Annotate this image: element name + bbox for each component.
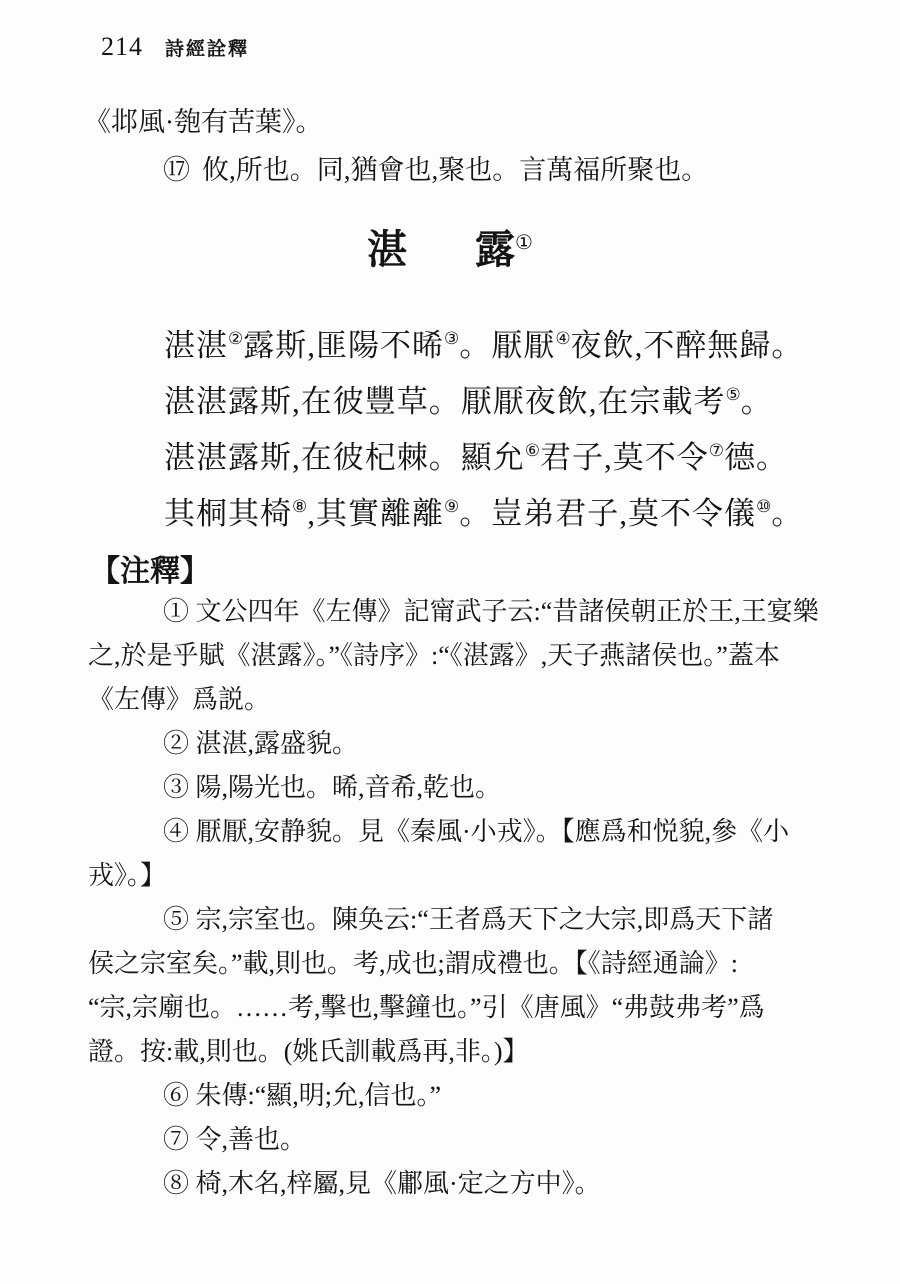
note-line: ⑤ 宗,宗室也。陳奂云:“王者爲天下之大宗,即爲天下諸 bbox=[88, 898, 818, 942]
poem-text-segment: 。 bbox=[771, 496, 803, 531]
poem-line: 湛湛露斯,在彼豐草。厭厭夜飲,在宗載考⑤。 bbox=[164, 370, 803, 426]
note-line: ② 湛湛,露盛貌。 bbox=[88, 722, 818, 766]
note-line: ⑦ 令,善也。 bbox=[88, 1118, 818, 1162]
poem-text-segment: 。厭厭 bbox=[459, 328, 555, 363]
note-17-marker: ⑰ bbox=[163, 155, 190, 185]
note-line: “宗,宗廟也。……考,擊也,擊鐘也。”引《唐風》“弗鼓弗考”爲 bbox=[88, 986, 818, 1030]
page-header: 214 詩經詮釋 bbox=[101, 32, 249, 62]
note-item: ② 湛湛,露盛貌。 bbox=[88, 722, 818, 766]
previous-note-17: ⑰攸,所也。同,猶會也,聚也。言萬福所聚也。 bbox=[163, 148, 708, 187]
poem-text-segment: 。 bbox=[741, 384, 773, 419]
note-line: 侯之宗室矣。”載,則也。考,成也;謂成禮也。【《詩經通論》: bbox=[88, 942, 818, 986]
poem-text-segment: 湛湛露斯,在彼豐草。厭厭夜飲,在宗載考 bbox=[164, 384, 726, 419]
note-line: 證。按:載,則也。(姚氏訓載爲再,非。)】 bbox=[88, 1030, 818, 1074]
poem-note-ref: ⑤ bbox=[726, 385, 741, 404]
note-item: ⑤ 宗,宗室也。陳奂云:“王者爲天下之大宗,即爲天下諸侯之宗室矣。”載,則也。考… bbox=[88, 898, 818, 1074]
book-page: 214 詩經詮釋 《邶風·匏有苦葉》。 ⑰攸,所也。同,猶會也,聚也。言萬福所聚… bbox=[0, 0, 900, 1284]
poem-text-segment: 露斯,匪陽不晞 bbox=[243, 328, 444, 363]
poem-line: 其桐其椅⑧,其實離離⑨。豈弟君子,莫不令儀⑩。 bbox=[164, 482, 803, 538]
poem-text-segment: 君子,莫不令 bbox=[540, 440, 709, 475]
poem-line: 湛湛②露斯,匪陽不晞③。厭厭④夜飲,不醉無歸。 bbox=[164, 314, 803, 370]
poem-note-ref: ⑥ bbox=[525, 441, 540, 460]
poem-title-note-ref: ① bbox=[515, 232, 533, 254]
notes-list: ① 文公四年《左傳》記甯武子云:“昔諸侯朝正於王,王宴樂之,於是乎賦《湛露》。”… bbox=[88, 590, 818, 1206]
poem-lines: 湛湛②露斯,匪陽不晞③。厭厭④夜飲,不醉無歸。湛湛露斯,在彼豐草。厭厭夜飲,在宗… bbox=[164, 314, 803, 538]
book-title: 詩經詮釋 bbox=[165, 34, 249, 61]
note-item: ⑧ 椅,木名,梓屬,見《鄘風·定之方中》。 bbox=[88, 1162, 818, 1206]
poem-note-ref: ⑦ bbox=[709, 441, 724, 460]
note-line: ⑧ 椅,木名,梓屬,見《鄘風·定之方中》。 bbox=[88, 1162, 818, 1206]
annotations-heading: 【注釋】 bbox=[90, 546, 210, 590]
note-item: ③ 陽,陽光也。晞,音希,乾也。 bbox=[88, 766, 818, 810]
poem-note-ref: ② bbox=[228, 329, 243, 348]
note-17-text: 攸,所也。同,猶會也,聚也。言萬福所聚也。 bbox=[202, 155, 708, 185]
note-item: ① 文公四年《左傳》記甯武子云:“昔諸侯朝正於王,王宴樂之,於是乎賦《湛露》。”… bbox=[88, 590, 818, 722]
poem-note-ref: ⑨ bbox=[444, 497, 459, 516]
poem-note-ref: ⑧ bbox=[292, 497, 307, 516]
note-item: ⑥ 朱傳:“顯,明;允,信也。” bbox=[88, 1074, 818, 1118]
page-number: 214 bbox=[101, 32, 143, 62]
poem-text-segment: 湛湛 bbox=[164, 328, 228, 363]
poem-title: 湛露① bbox=[0, 218, 900, 275]
poem-text-segment: 。豈弟君子,莫不令儀 bbox=[459, 496, 756, 531]
note-line: 《左傳》爲説。 bbox=[88, 678, 818, 722]
poem-text-segment: 夜飲,不醉無歸。 bbox=[571, 328, 804, 363]
poem-title-char-2: 露 bbox=[475, 227, 515, 272]
poem-note-ref: ⑩ bbox=[756, 497, 771, 516]
note-line: ④ 厭厭,安静貌。見《秦風·小戎》。【應爲和悦貌,參《小 bbox=[88, 810, 818, 854]
note-line: ③ 陽,陽光也。晞,音希,乾也。 bbox=[88, 766, 818, 810]
poem-text-segment: 其桐其椅 bbox=[164, 496, 292, 531]
poem-text-segment: 德。 bbox=[724, 440, 788, 475]
poem-note-ref: ④ bbox=[555, 329, 570, 348]
note-line: 之,於是乎賦《湛露》。”《詩序》:“《湛露》,天子燕諸侯也。”蓋本 bbox=[88, 634, 818, 678]
note-line: ① 文公四年《左傳》記甯武子云:“昔諸侯朝正於王,王宴樂 bbox=[88, 590, 818, 634]
previous-note-source-line: 《邶風·匏有苦葉》。 bbox=[84, 100, 323, 139]
poem-text-segment: ,其實離離 bbox=[307, 496, 444, 531]
poem-title-char-1: 湛 bbox=[367, 227, 407, 272]
note-item: ④ 厭厭,安静貌。見《秦風·小戎》。【應爲和悦貌,參《小戎》。】 bbox=[88, 810, 818, 898]
note-line: 戎》。】 bbox=[88, 854, 818, 898]
note-line: ⑥ 朱傳:“顯,明;允,信也。” bbox=[88, 1074, 818, 1118]
poem-note-ref: ③ bbox=[444, 329, 459, 348]
poem-text-segment: 湛湛露斯,在彼杞棘。顯允 bbox=[164, 440, 525, 475]
poem-line: 湛湛露斯,在彼杞棘。顯允⑥君子,莫不令⑦德。 bbox=[164, 426, 803, 482]
note-item: ⑦ 令,善也。 bbox=[88, 1118, 818, 1162]
